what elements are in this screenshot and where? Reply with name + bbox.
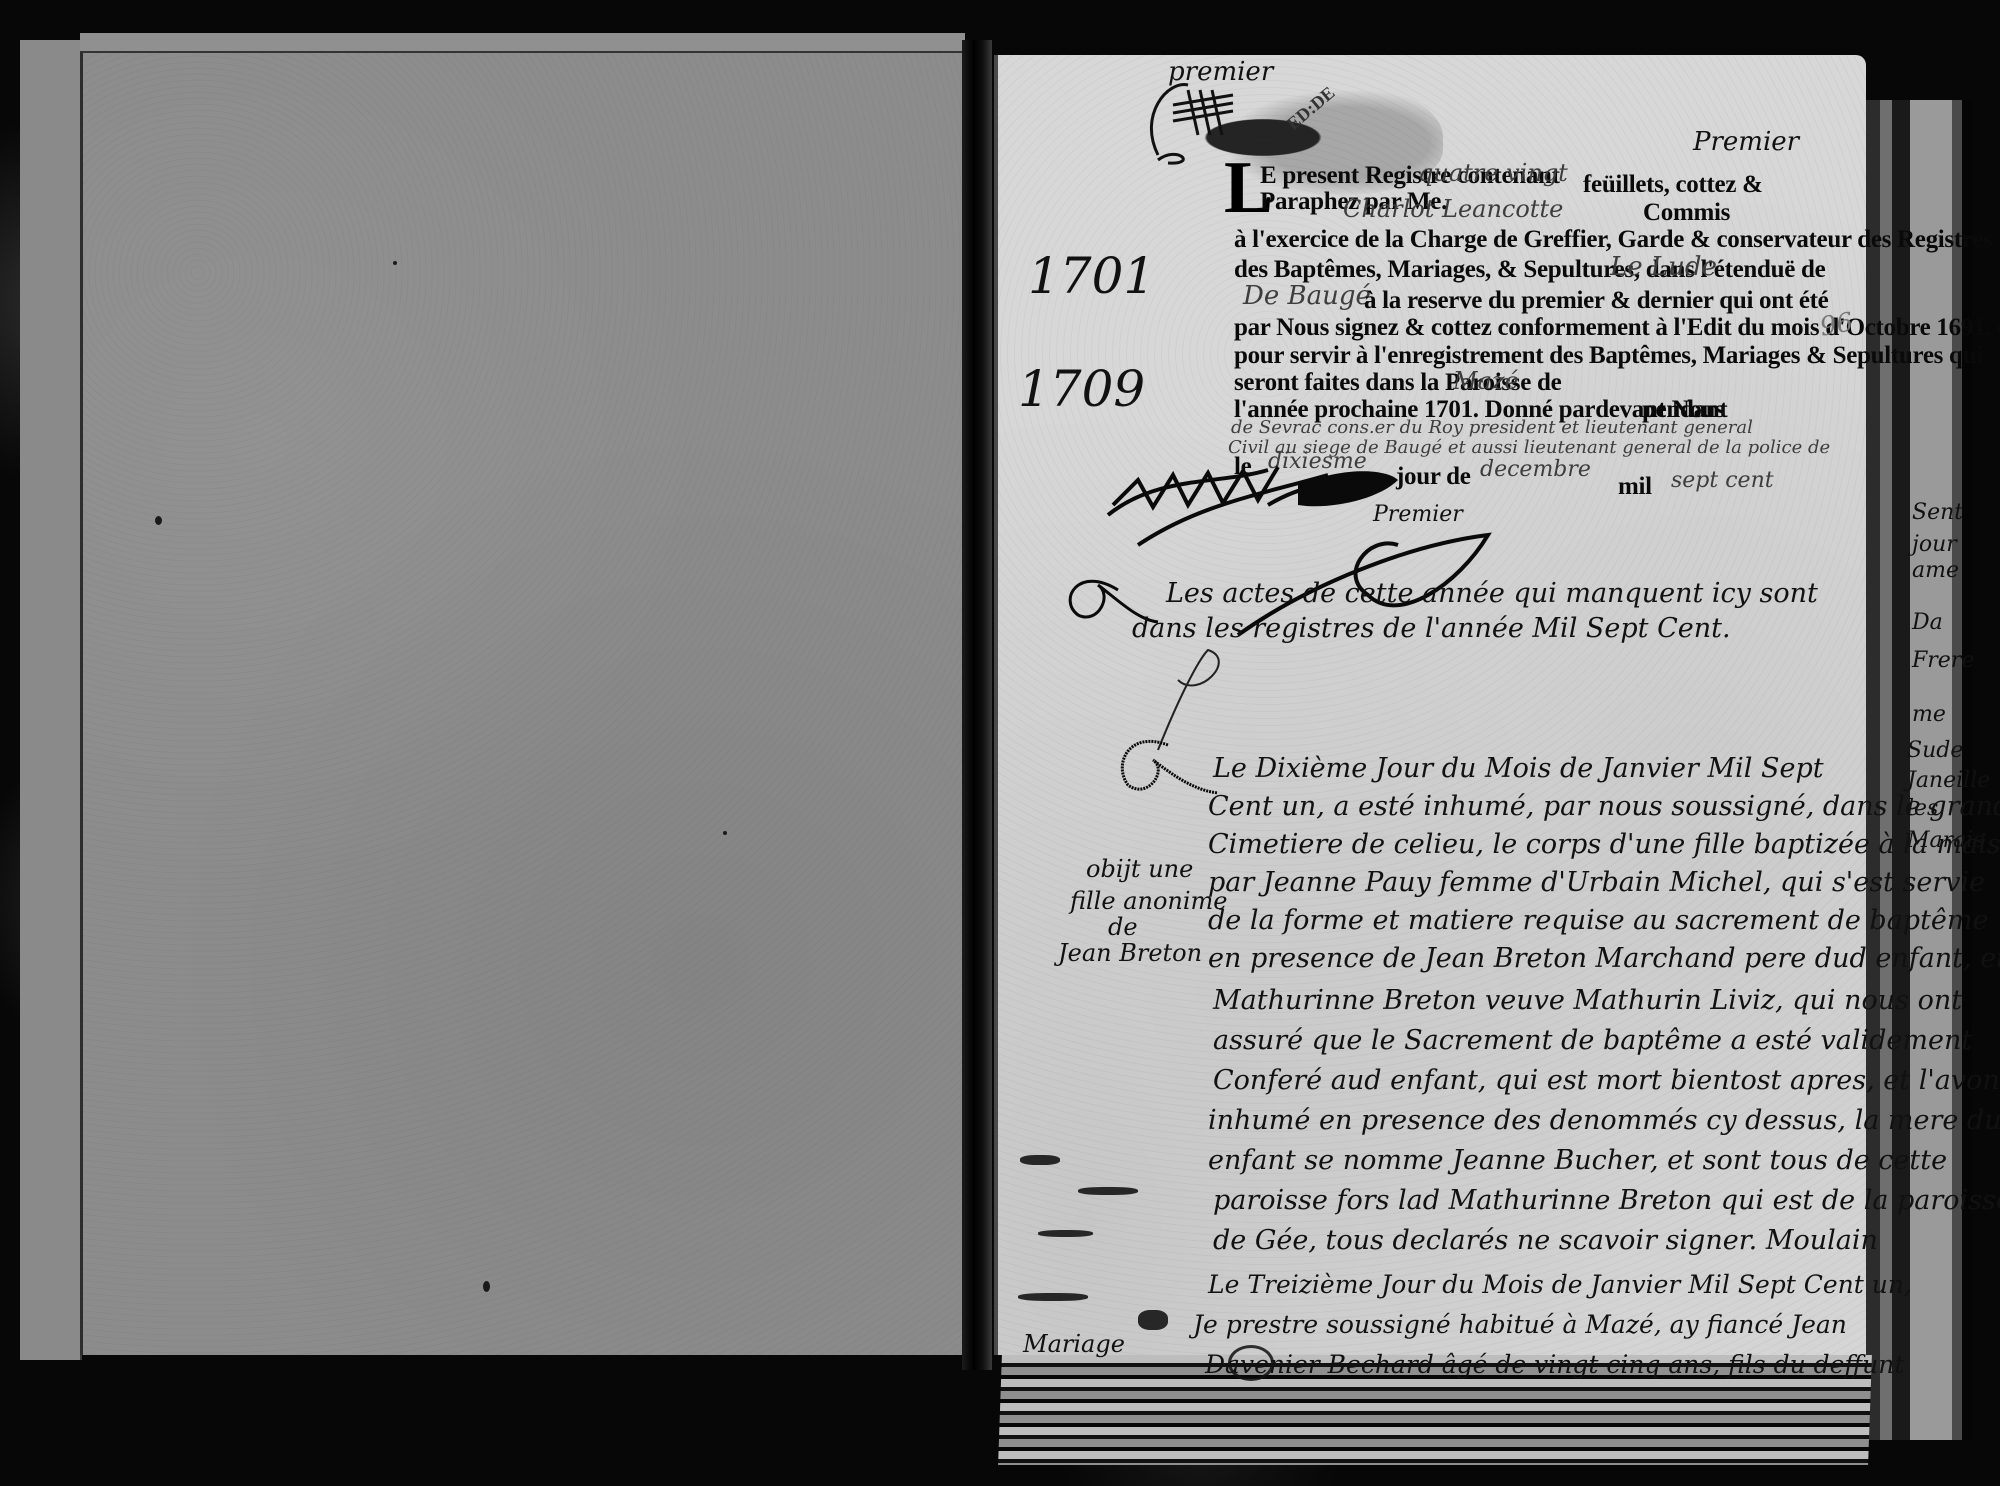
fill-in-mil-suffix: sept cent [1671,468,1774,493]
margin-year-1701: 1701 [1028,247,1155,305]
margin-note-line: fille anonime [1070,887,1228,915]
entry-2-line-9: Conferé aud enfant, qui est mort bientos… [1213,1065,2000,1096]
margin-note-mariage: Mariage [1023,1330,1125,1358]
strip-word: Sude [1907,738,1963,763]
entry-3-line-2: Je prestre soussigné habitué à Mazé, ay … [1193,1310,1847,1339]
entry-3-line-1: Le Treizième Jour du Mois de Janvier Mil… [1208,1270,1912,1299]
pencil-folio-number: 96 [1818,307,1856,342]
printed-line-5: à la reserve du premier & dernier qui on… [1364,286,1828,315]
strip-word: Sent [1912,500,1963,525]
margin-note-line: de [1108,913,1138,941]
fill-in-witness-line-1: de Sevrac cons.er du Roy president et li… [1231,417,1753,438]
right-page-register-folio: premier ED:DE Premier L E present Regist… [994,55,1866,1355]
strip-word: Janeille [1907,768,1990,793]
margin-year-1709: 1709 [1018,360,1145,418]
annotation-premier-top-right: Premier [1693,127,1799,157]
left-page-top-fold [80,33,965,53]
printed-feuillets: feüillets, cottez & [1583,170,1763,199]
fill-in-leaf-count: quatre vingt [1418,159,1568,187]
left-page-underlay [20,40,82,1360]
right-page-edge-strips: Sent jour ame Da Frere me Sude Janeille … [1862,100,1972,1440]
fill-in-etendue: Le Lude [1610,252,1717,282]
printed-mil: mil [1618,472,1652,501]
entry-2-line-7: Mathurinne Breton veuve Mathurin Liviz, … [1213,985,1962,1016]
entry-2-line-13: de Gée, tous declarés ne scavoir signer.… [1213,1225,1878,1256]
bleed-through-ink [1138,1310,1168,1330]
entry-1-line-1: Les actes de cette année qui manquent ic… [1166,578,1818,609]
left-page-blank-flyleaf [80,48,965,1355]
fill-in-de-bauge: De Baugé [1243,281,1371,311]
fill-in-commis-name: Charlot Leancotte [1343,195,1563,223]
ink-speck [155,516,162,525]
printed-line-6: par Nous signez & cottez conformement à … [1234,313,2000,342]
ink-speck [393,261,397,265]
stamp-text: ED:DE [1283,82,1339,134]
entry-2-line-11: enfant se nomme Jeanne Bucher, et sont t… [1208,1145,1947,1176]
bleed-through-ink [1038,1230,1093,1237]
printed-commis: Commis [1643,198,1730,227]
section-heading-premier: Premier [1373,502,1463,527]
entry-2-line-12: paroisse fors lad Mathurinne Breton qui … [1213,1185,2000,1216]
fill-in-mois: decembre [1480,457,1591,482]
strip-word: Da [1912,610,1943,635]
entry-2-line-2: Cent un, a esté inhumé, par nous soussig… [1208,791,2000,822]
ink-speck [723,831,727,835]
bleed-through-ink [1078,1187,1138,1195]
printed-line-7: pour servir à l'enregistrement des Baptê… [1234,341,1983,370]
printed-line-3: à l'exercice de la Charge de Greffier, G… [1234,225,1992,254]
strip-word: ame [1912,558,1959,583]
book-gutter [962,40,992,1370]
bleed-through-ink [1018,1293,1088,1301]
entry-2-line-10: inhumé en presence des denommés cy dessu… [1208,1105,2000,1136]
entry-2-line-1: Le Dixième Jour du Mois de Janvier Mil S… [1213,753,1824,784]
margin-note-line: Jean Breton [1058,939,1202,967]
entry-2-line-5: de la forme et matiere requise au sacrem… [1208,905,1988,936]
entry-2-line-6: en presence de Jean Breton Marchand pere… [1208,943,2000,974]
margin-note-line: obijt une [1086,855,1193,883]
strip-word: me [1912,702,1946,727]
entry-2-line-3: Cimetiere de celieu, le corps d'une fill… [1208,829,2000,860]
bleed-through-ink [1020,1155,1060,1165]
entry-2-line-8: assuré que le Sacrement de baptême a est… [1213,1025,1972,1056]
printed-line-4: des Baptêmes, Mariages, & Sepultures, da… [1234,255,1825,284]
fill-in-paroisse: Mazé [1453,367,1519,395]
entry-3-line-3: Davenier Bechard âgé de vingt cinq ans, … [1205,1350,1904,1379]
entry-2-line-4: par Jeanne Pauy femme d'Urbain Michel, q… [1208,867,1985,898]
strip-word: Frere [1912,648,1974,673]
ink-speck [483,1281,490,1292]
strip-word: jour [1912,532,1957,557]
